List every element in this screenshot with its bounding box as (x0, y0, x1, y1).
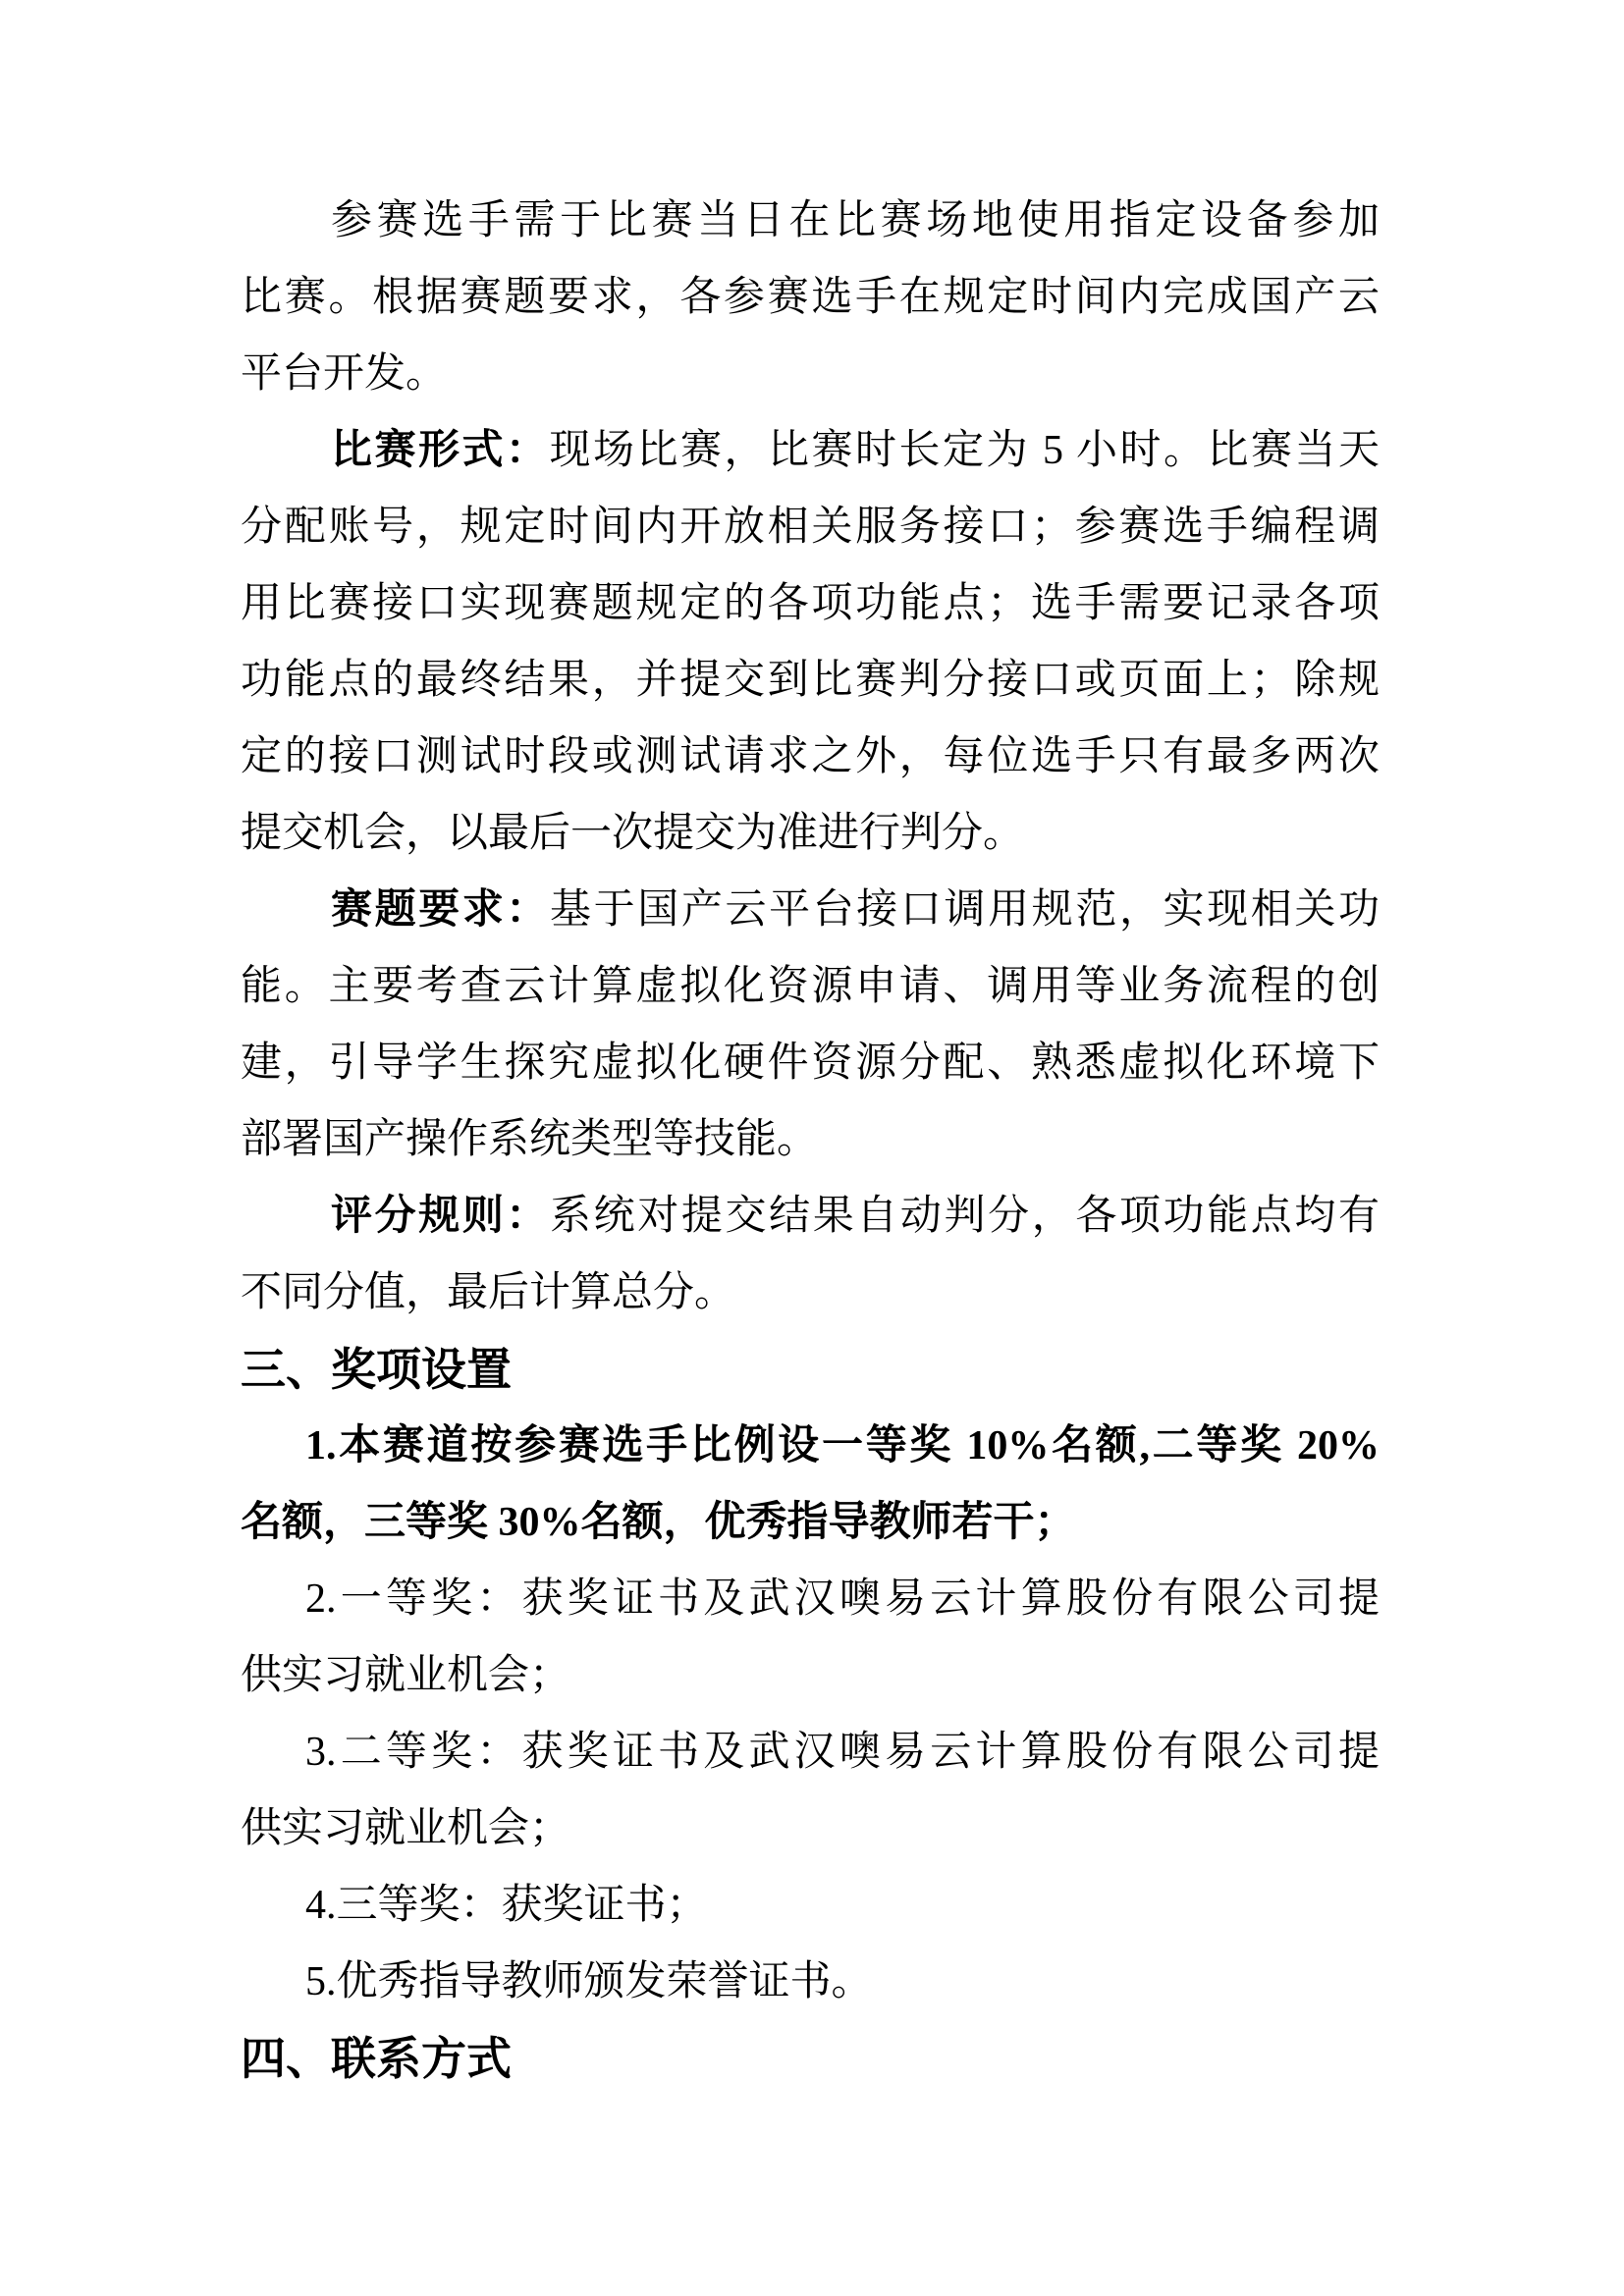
bold-run-label: 比赛形式： (331, 428, 550, 473)
text-line: 评分规则：系统对提交结果自动判分，各项功能点均有 (241, 1178, 1380, 1255)
text-line: 名额，三等奖 30%名额，优秀指导教师若干； (241, 1484, 1380, 1561)
text-line: 比赛。根据赛题要求，各参赛选手在规定时间内完成国产云 (241, 259, 1380, 336)
text-line: 赛题要求：基于国产云平台接口调用规范，实现相关功 (241, 872, 1380, 948)
text-line: 4.三等奖：获奖证书； (241, 1867, 1380, 1944)
text-line: 供实习就业机会； (241, 1790, 1380, 1867)
section-heading: 四、联系方式 (241, 2020, 1380, 2097)
text-line: 参赛选手需于比赛当日在比赛场地使用指定设备参加 (241, 183, 1380, 259)
document-content: 参赛选手需于比赛当日在比赛场地使用指定设备参加比赛。根据赛题要求，各参赛选手在规… (241, 183, 1380, 2097)
text-line: 分配账号，规定时间内开放相关服务接口；参赛选手编程调 (241, 489, 1380, 565)
text-line: 比赛形式：现场比赛，比赛时长定为 5 小时。比赛当天 (241, 412, 1380, 489)
text-line: 5.优秀指导教师颁发荣誉证书。 (241, 1944, 1380, 2020)
text-line: 能。主要考查云计算虚拟化资源申请、调用等业务流程的创 (241, 948, 1380, 1025)
bold-run-label: 评分规则： (331, 1194, 550, 1239)
text-line: 平台开发。 (241, 336, 1380, 412)
text-line: 提交机会，以最后一次提交为准进行判分。 (241, 795, 1380, 872)
text-line: 建，引导学生探究虚拟化硬件资源分配、熟悉虚拟化环境下 (241, 1025, 1380, 1101)
text-line: 不同分值，最后计算总分。 (241, 1255, 1380, 1331)
document-page: 参赛选手需于比赛当日在比赛场地使用指定设备参加比赛。根据赛题要求，各参赛选手在规… (0, 0, 1624, 2296)
text-line: 2.一等奖：获奖证书及武汉噢易云计算股份有限公司提 (241, 1561, 1380, 1637)
text-line: 功能点的最终结果，并提交到比赛判分接口或页面上；除规 (241, 642, 1380, 719)
bold-run-label: 赛题要求： (331, 887, 550, 933)
section-heading: 三、奖项设置 (241, 1331, 1380, 1408)
text-line: 定的接口测试时段或测试请求之外，每位选手只有最多两次 (241, 719, 1380, 795)
text-line: 供实习就业机会； (241, 1637, 1380, 1714)
text-line: 1.本赛道按参赛选手比例设一等奖 10%名额,二等奖 20% (241, 1408, 1380, 1484)
text-line: 用比赛接口实现赛题规定的各项功能点；选手需要记录各项 (241, 565, 1380, 642)
text-line: 部署国产操作系统类型等技能。 (241, 1101, 1380, 1178)
text-line: 3.二等奖：获奖证书及武汉噢易云计算股份有限公司提 (241, 1714, 1380, 1790)
